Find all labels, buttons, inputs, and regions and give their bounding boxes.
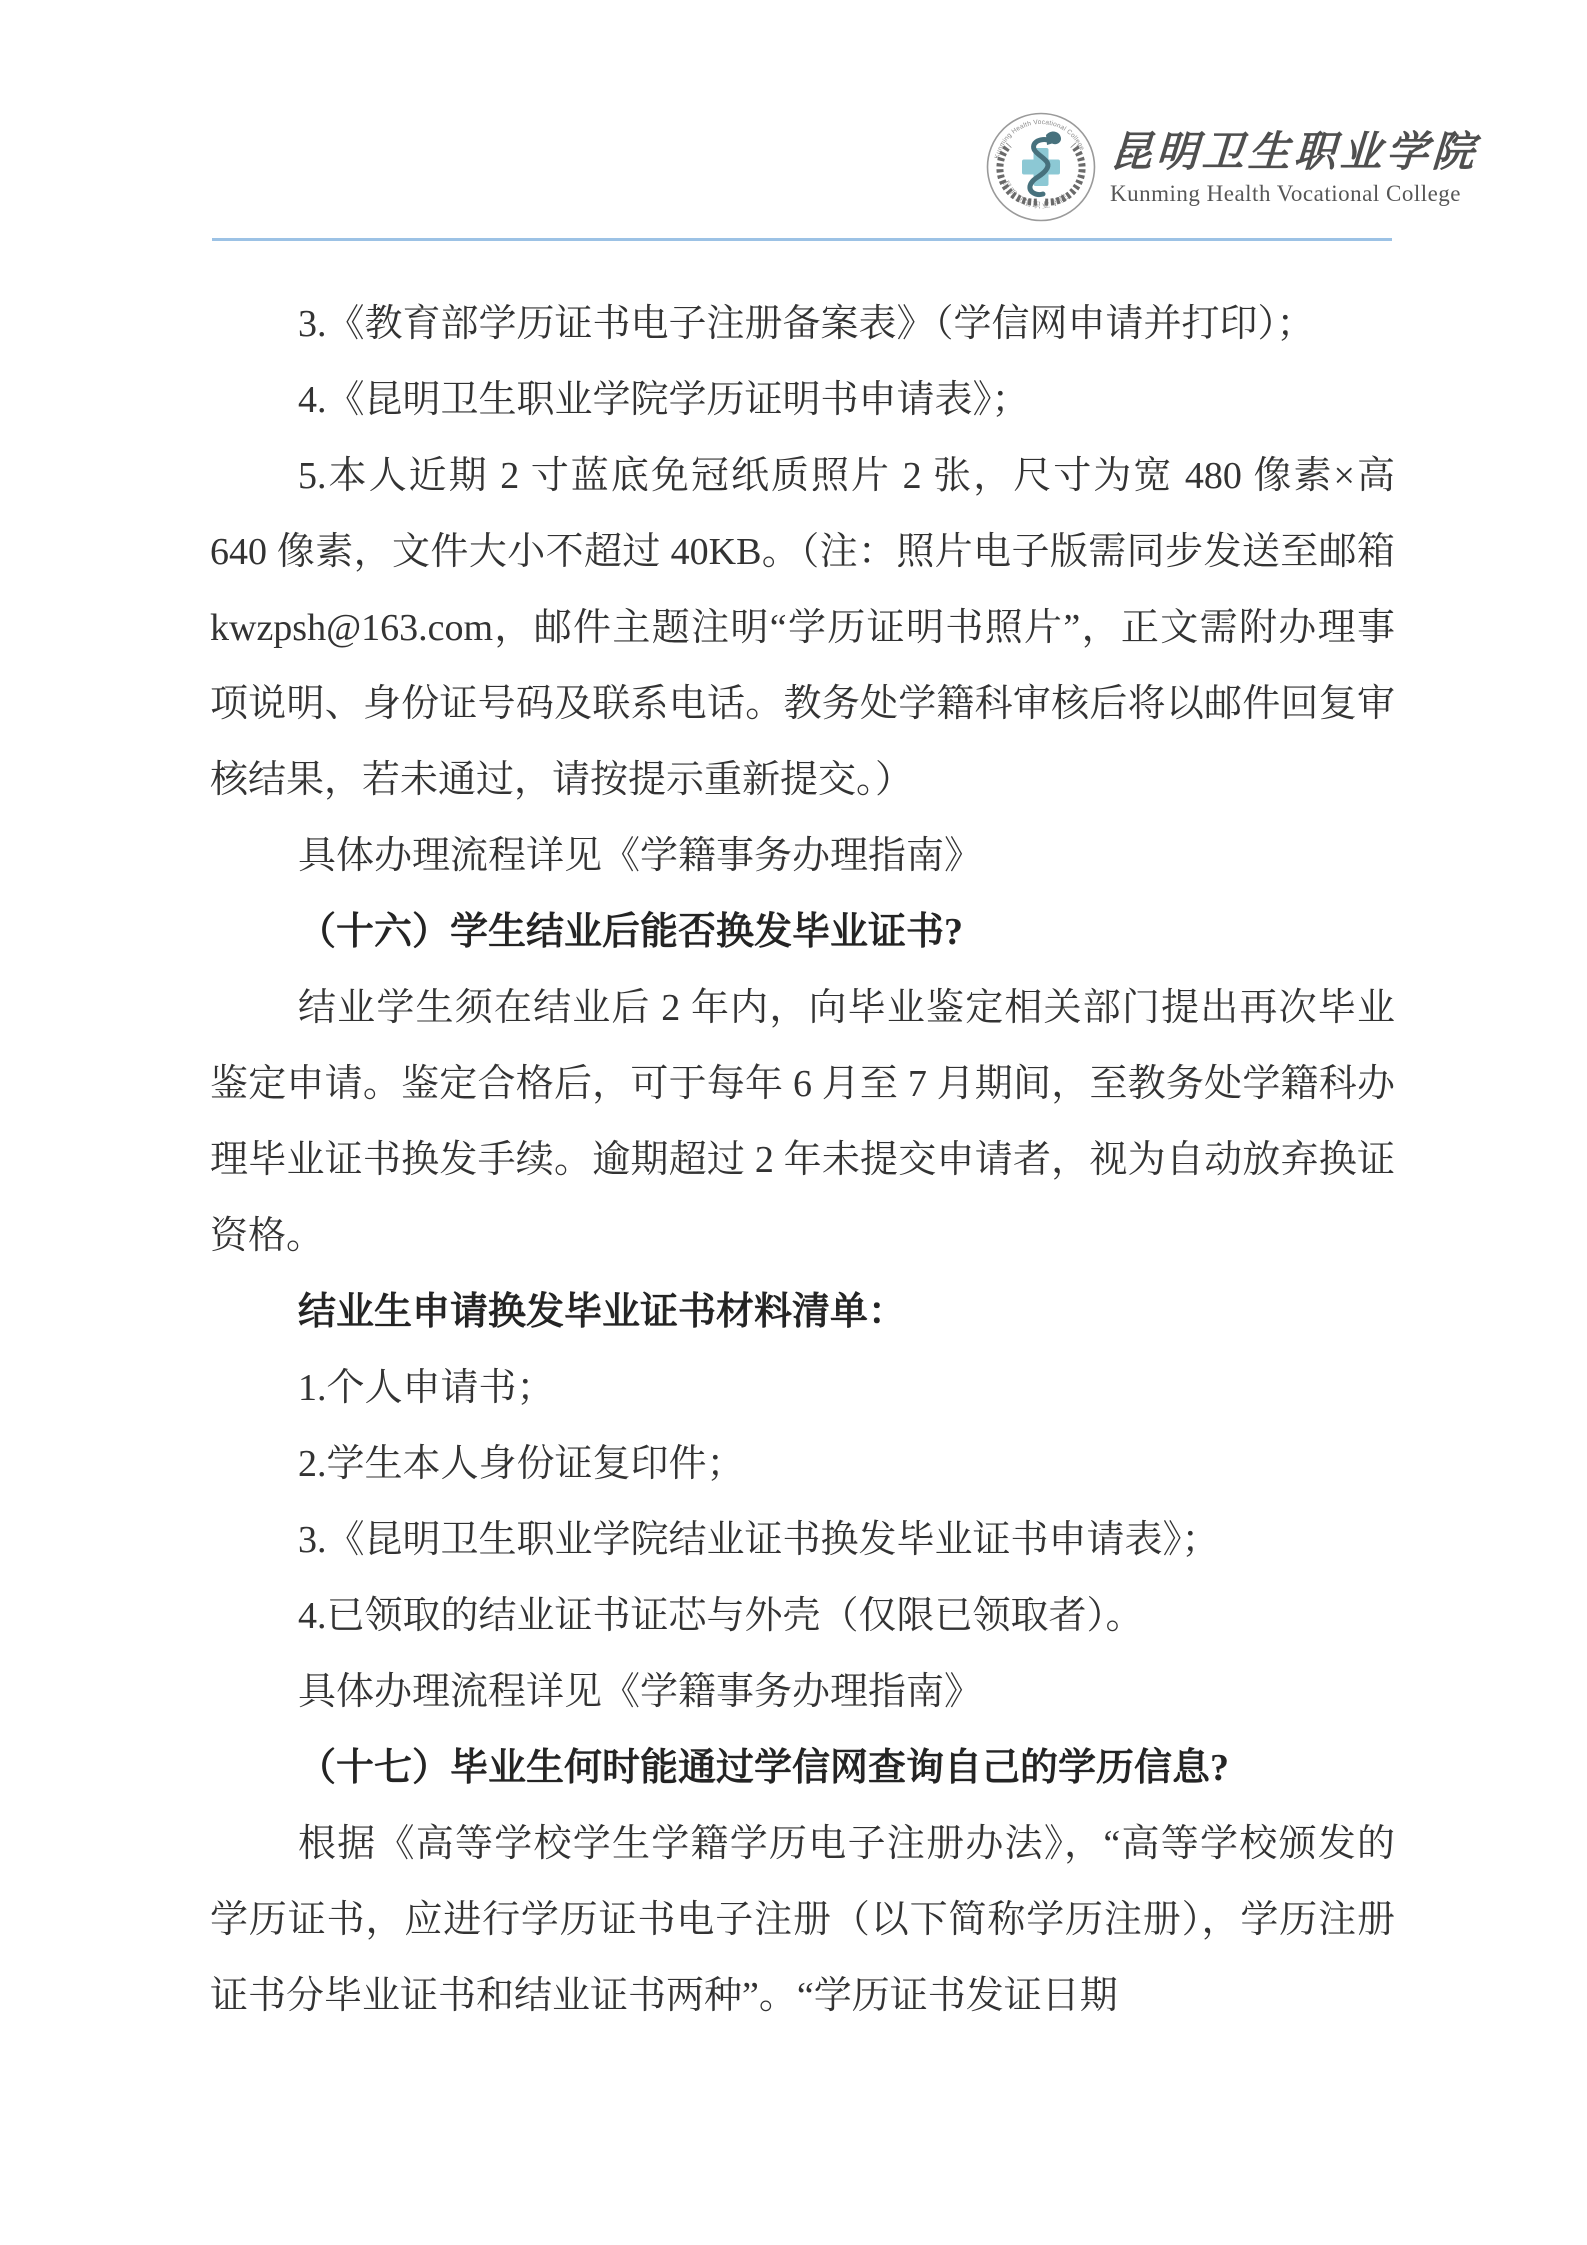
paragraph: （十七）毕业生何时能通过学信网查询自己的学历信息?	[210, 1730, 1395, 1806]
college-name-calligraphy: 昆明卫生职业学院	[1109, 128, 1480, 178]
college-emblem-icon: Kunming Health Vocational College 昆明卫生职业…	[986, 112, 1096, 222]
college-logo: Kunming Health Vocational College 昆明卫生职业…	[986, 112, 1478, 222]
paragraph: 2.学生本人身份证复印件；	[210, 1426, 1395, 1502]
paragraph: 结业生申请换发毕业证书材料清单：	[210, 1274, 1395, 1350]
paragraph: （十六）学生结业后能否换发毕业证书?	[210, 894, 1395, 970]
paragraph: 4.《昆明卫生职业学院学历证明书申请表》；	[210, 362, 1395, 438]
paragraph: 根据《高等学校学生学籍学历电子注册办法》，“高等学校颁发的学历证书，应进行学历证…	[210, 1806, 1395, 2034]
paragraph: 3.《教育部学历证书电子注册备案表》（学信网申请并打印）；	[210, 286, 1395, 362]
document-body: 3.《教育部学历证书电子注册备案表》（学信网申请并打印）；4.《昆明卫生职业学院…	[210, 286, 1395, 2034]
paragraph: 结业学生须在结业后 2 年内，向毕业鉴定相关部门提出再次毕业鉴定申请。鉴定合格后…	[210, 970, 1395, 1274]
paragraph: 3.《昆明卫生职业学院结业证书换发毕业证书申请表》；	[210, 1502, 1395, 1578]
college-name-block: 昆明卫生职业学院 Kunming Health Vocational Colle…	[1110, 128, 1478, 207]
paragraph: 具体办理流程详见《学籍事务办理指南》	[210, 818, 1395, 894]
document-page: Kunming Health Vocational College 昆明卫生职业…	[0, 0, 1587, 2245]
college-name-english: Kunming Health Vocational College	[1110, 181, 1478, 207]
paragraph: 4.已领取的结业证书证芯与外壳（仅限已领取者）。	[210, 1578, 1395, 1654]
paragraph: 1.个人申请书；	[210, 1350, 1395, 1426]
header-divider	[212, 238, 1392, 241]
paragraph: 具体办理流程详见《学籍事务办理指南》	[210, 1654, 1395, 1730]
paragraph: 5.本人近期 2 寸蓝底免冠纸质照片 2 张，尺寸为宽 480 像素×高 640…	[210, 438, 1395, 818]
